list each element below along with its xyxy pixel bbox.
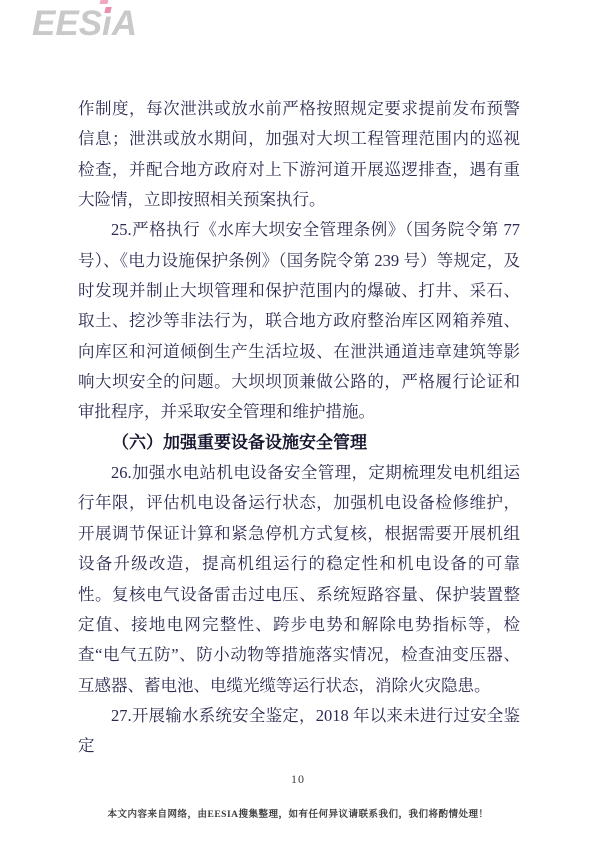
page-number: 10 bbox=[0, 772, 596, 787]
document-body: 作制度，每次泄洪或放水前严格按照规定要求提前发布预警信息；泄洪或放水期间，加强对… bbox=[78, 94, 520, 762]
paragraph-item-27: 27.开展输水系统安全鉴定，2018 年以来未进行过安全鉴定 bbox=[78, 701, 520, 762]
paragraph-continuation: 作制度，每次泄洪或放水前严格按照规定要求提前发布预警信息；泄洪或放水期间，加强对… bbox=[78, 94, 520, 215]
section-heading-6: （六）加强重要设备设施安全管理 bbox=[78, 428, 520, 458]
logo-letter-i: ı bbox=[102, 6, 112, 41]
document-page: EESıA 作制度，每次泄洪或放水前严格按照规定要求提前发布预警信息；泄洪或放水… bbox=[0, 0, 596, 842]
logo-text-ees: EES bbox=[32, 4, 102, 43]
logo-text-a: A bbox=[112, 4, 137, 43]
eesia-logo: EESıA bbox=[32, 6, 137, 41]
footer-disclaimer: 本文内容来自网络，由EESIA搜集整理，如有任何异议请联系我们，我们将酌情处理！ bbox=[0, 806, 596, 820]
paragraph-item-25: 25.严格执行《水库大坝安全管理条例》（国务院令第 77 号）、《电力设施保护条… bbox=[78, 215, 520, 427]
paragraph-item-26: 26.加强水电站机电设备安全管理，定期梳理发电机组运行年限，评估机电设备运行状态… bbox=[78, 458, 520, 701]
